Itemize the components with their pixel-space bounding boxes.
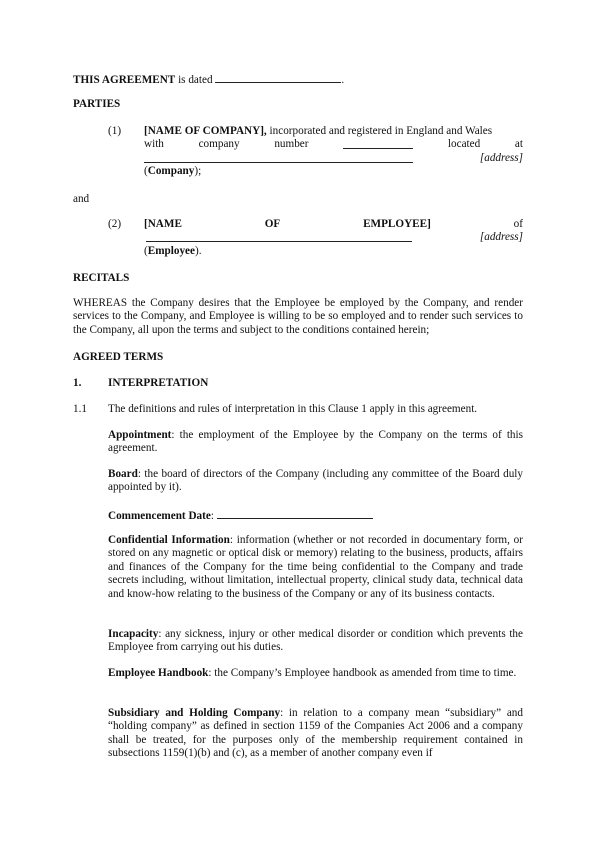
and-text: and [73, 193, 89, 206]
recitals-text: WHEREAS the Company desires that the Emp… [73, 297, 523, 337]
clause-1-1-number: 1.1 [73, 403, 87, 416]
clause-1-title: INTERPRETATION [108, 377, 208, 390]
party-2-number: (2) [108, 218, 121, 231]
definition-board: Board: the board of directors of the Com… [108, 468, 523, 495]
definition-incapacity: Incapacity: any sickness, injury or othe… [108, 628, 523, 655]
agreed-terms-heading: AGREED TERMS [73, 351, 163, 364]
employee-address-placeholder: [address] [480, 231, 523, 244]
employee-defined-term: Employee [148, 245, 195, 257]
clause-1-number: 1. [73, 377, 81, 390]
company-defined-term: Company [148, 165, 195, 177]
definition-confidential-information: Confidential Information: information (w… [108, 534, 523, 601]
company-number-blank[interactable] [343, 138, 413, 149]
clause-1-1-text: The definitions and rules of interpretat… [108, 403, 523, 416]
definition-commencement-date: Commencement Date: [108, 508, 523, 523]
recitals-heading: RECITALS [73, 272, 129, 285]
definition-appointment: Appointment: the employment of the Emplo… [108, 429, 523, 456]
definition-subsidiary-holding-company: Subsidiary and Holding Company: in relat… [108, 707, 523, 761]
party-2-block: [NAME OF EMPLOYEE] of [address] (Employe… [144, 218, 523, 258]
parties-heading: PARTIES [73, 98, 120, 111]
company-name-placeholder: [NAME OF COMPANY], [144, 125, 267, 137]
document-page: THIS AGREEMENT is dated . PARTIES (1) [N… [0, 0, 595, 842]
agreement-title: THIS AGREEMENT [73, 74, 175, 86]
agreement-date-line: THIS AGREEMENT is dated . [73, 72, 344, 87]
party-1-number: (1) [108, 125, 121, 138]
company-address-blank[interactable] [144, 152, 413, 163]
date-blank[interactable] [215, 72, 341, 83]
commencement-date-blank[interactable] [217, 508, 373, 519]
employee-address-blank[interactable] [146, 231, 412, 242]
company-address-placeholder: [address] [480, 152, 523, 165]
party-1-block: [NAME OF COMPANY], incorporated and regi… [144, 125, 523, 179]
definition-employee-handbook: Employee Handbook: the Company’s Employe… [108, 667, 523, 680]
